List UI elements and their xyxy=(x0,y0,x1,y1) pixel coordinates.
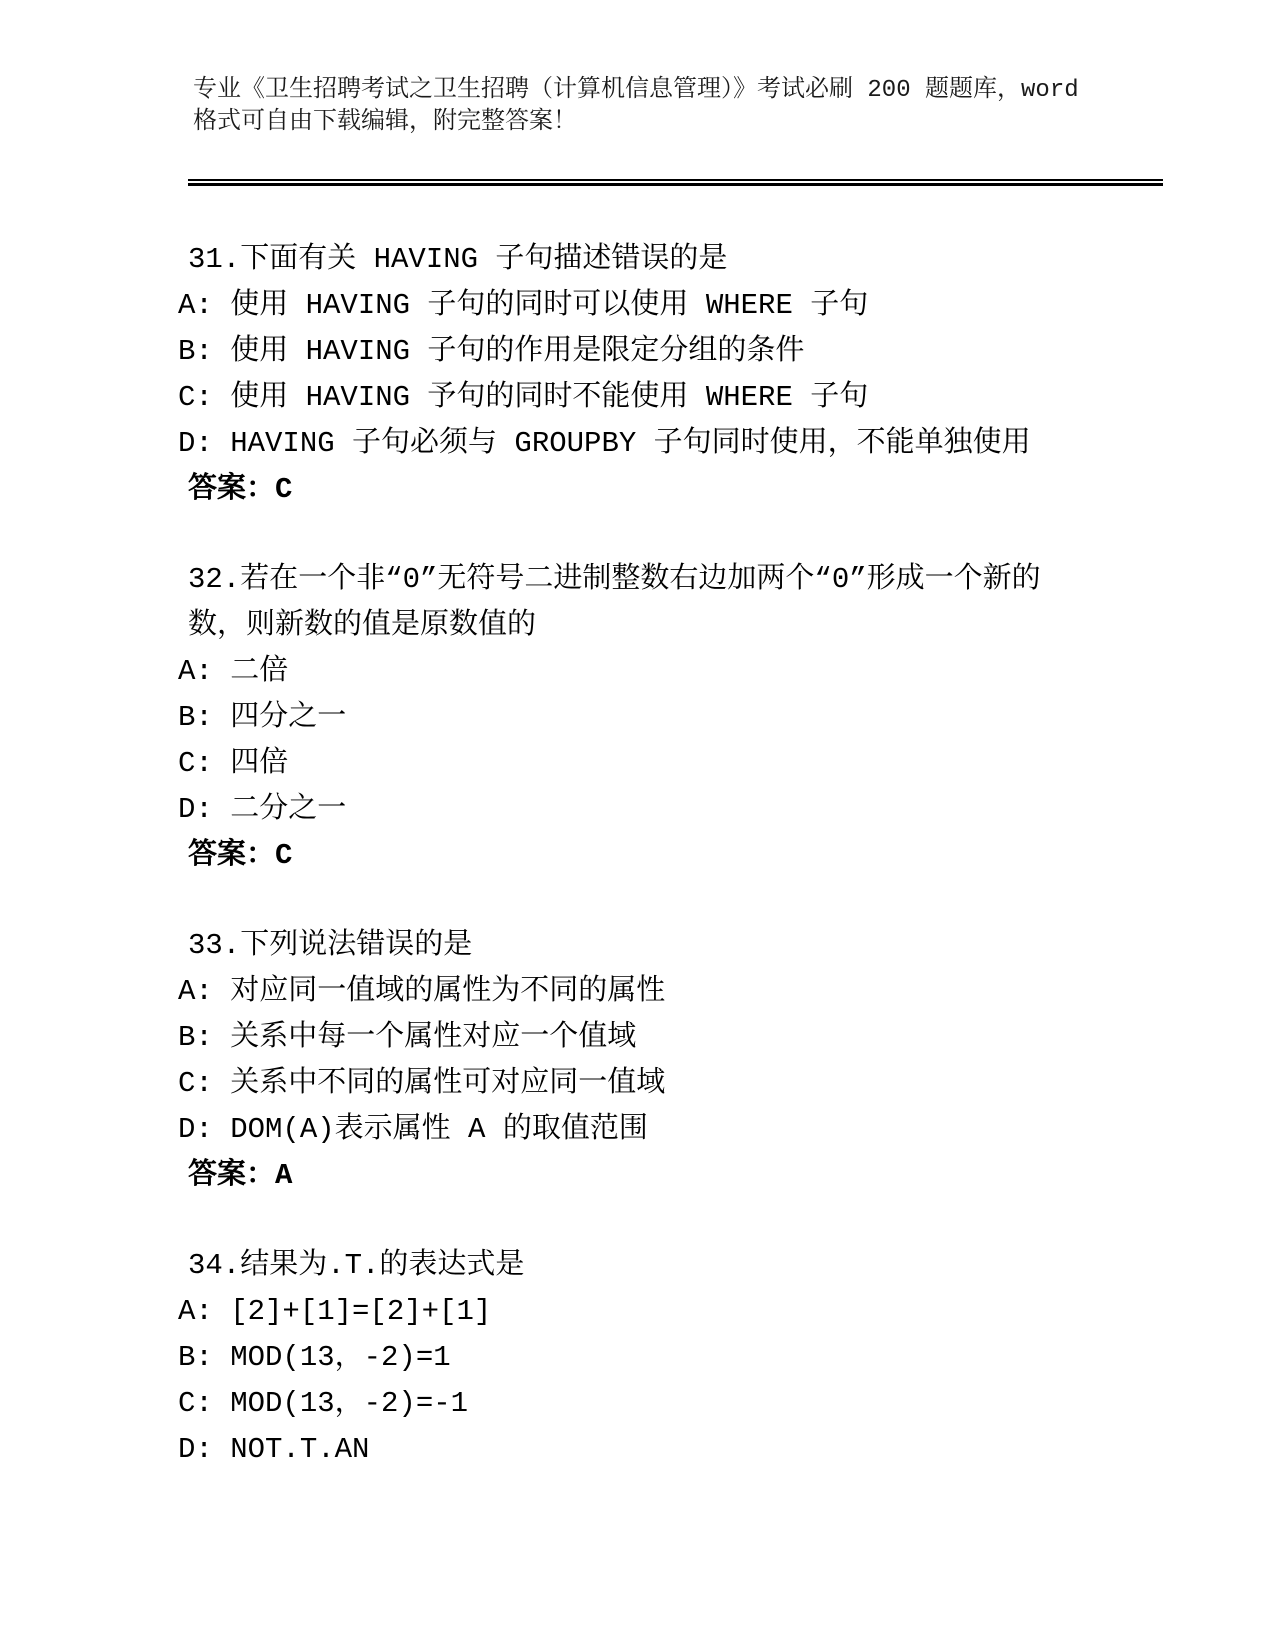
question-31-option-a: A: 使用 HAVING 子句的同时可以使用 WHERE 子句 xyxy=(178,283,1138,329)
question-33-option-c: C: 关系中不同的属性可对应同一值域 xyxy=(178,1061,1138,1107)
question-33-title: 33.下列说法错误的是 xyxy=(178,923,1138,969)
header-divider xyxy=(188,179,1163,186)
question-34-option-d: D: NOT.T.AN xyxy=(178,1427,1138,1473)
question-32-option-b: B: 四分之一 xyxy=(178,695,1138,741)
question-31: 31.下面有关 HAVING 子句描述错误的是 A: 使用 HAVING 子句的… xyxy=(178,237,1138,513)
question-31-option-c: C: 使用 HAVING 予句的同时不能使用 WHERE 子句 xyxy=(178,375,1138,421)
question-32-title-line-2: 数，则新数的值是原数值的 xyxy=(178,603,1138,649)
question-34-option-c: C: MOD(13，-2)=-1 xyxy=(178,1381,1138,1427)
header-line-2: 格式可自由下载编辑，附完整答案！ xyxy=(193,107,1153,139)
question-31-option-d: D: HAVING 子句必须与 GROUPBY 子句同时使用，不能单独使用 xyxy=(178,421,1138,467)
question-32-answer: 答案：C xyxy=(178,833,1138,879)
document-page: 专业《卫生招聘考试之卫生招聘（计算机信息管理）》考试必刷 200 题题库，wor… xyxy=(0,0,1275,1650)
question-33-answer: 答案：A xyxy=(178,1153,1138,1199)
question-34-option-b: B: MOD(13，-2)=1 xyxy=(178,1335,1138,1381)
question-31-title: 31.下面有关 HAVING 子句描述错误的是 xyxy=(178,237,1138,283)
question-32-option-a: A: 二倍 xyxy=(178,649,1138,695)
question-34-title: 34.结果为.T.的表达式是 xyxy=(178,1243,1138,1289)
question-31-answer: 答案：C xyxy=(178,467,1138,513)
question-31-option-b: B: 使用 HAVING 子句的作用是限定分组的条件 xyxy=(178,329,1138,375)
question-34-option-a: A: [2]+[1]=[2]+[1] xyxy=(178,1289,1138,1335)
question-33-option-d: D: DOM(A)表示属性 A 的取值范围 xyxy=(178,1107,1138,1153)
header-line-1: 专业《卫生招聘考试之卫生招聘（计算机信息管理）》考试必刷 200 题题库，wor… xyxy=(193,75,1153,107)
question-32: 32.若在一个非“0”无符号二进制整数右边加两个“0”形成一个新的 数，则新数的… xyxy=(178,557,1138,879)
question-32-option-d: D: 二分之一 xyxy=(178,787,1138,833)
document-header: 专业《卫生招聘考试之卫生招聘（计算机信息管理）》考试必刷 200 题题库，wor… xyxy=(193,75,1153,139)
question-33-option-a: A: 对应同一值域的属性为不同的属性 xyxy=(178,969,1138,1015)
question-32-title-line-1: 32.若在一个非“0”无符号二进制整数右边加两个“0”形成一个新的 xyxy=(178,557,1138,603)
question-33: 33.下列说法错误的是 A: 对应同一值域的属性为不同的属性 B: 关系中每一个… xyxy=(178,923,1138,1199)
question-33-option-b: B: 关系中每一个属性对应一个值域 xyxy=(178,1015,1138,1061)
question-32-option-c: C: 四倍 xyxy=(178,741,1138,787)
question-34: 34.结果为.T.的表达式是 A: [2]+[1]=[2]+[1] B: MOD… xyxy=(178,1243,1138,1473)
questions-list: 31.下面有关 HAVING 子句描述错误的是 A: 使用 HAVING 子句的… xyxy=(178,237,1138,1473)
